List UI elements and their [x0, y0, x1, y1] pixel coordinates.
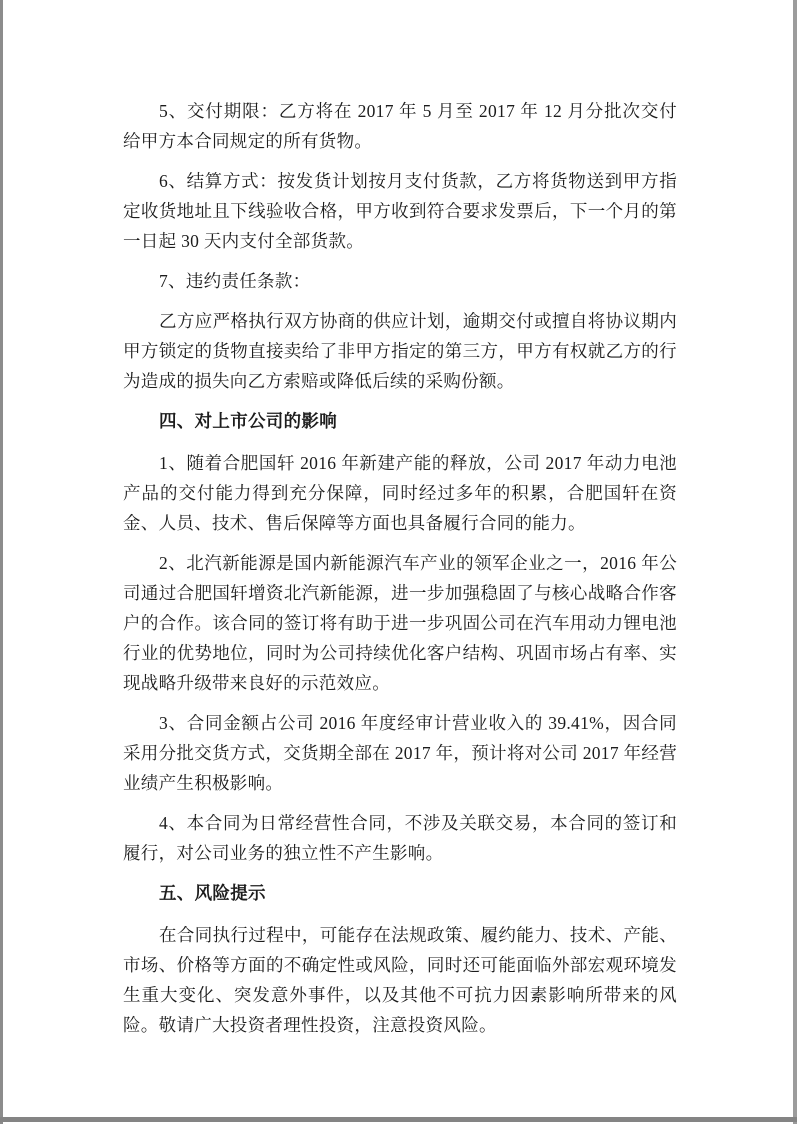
document-content: 5、交付期限：乙方将在 2017 年 5 月至 2017 年 12 月分批次交付… — [123, 96, 677, 1050]
section-heading-impact-on-listed-company: 四、对上市公司的影响 — [123, 406, 677, 436]
scan-edge-right — [793, 0, 797, 1124]
paragraph-clause-5-delivery-term: 5、交付期限：乙方将在 2017 年 5 月至 2017 年 12 月分批次交付… — [123, 96, 677, 156]
paragraph-clause-6-settlement: 6、结算方式：按发货计划按月支付货款，乙方将货物送到甲方指定收货地址且下线验收合… — [123, 166, 677, 256]
paragraph-risk-notice-body: 在合同执行过程中，可能存在法规政策、履约能力、技术、产能、市场、价格等方面的不确… — [123, 920, 677, 1040]
paragraph-impact-item-4: 4、本合同为日常经营性合同，不涉及关联交易，本合同的签订和履行，对公司业务的独立… — [123, 808, 677, 868]
paragraph-clause-7-breach-detail: 乙方应严格执行双方协商的供应计划，逾期交付或擅自将协议期内甲方锁定的货物直接卖给… — [123, 306, 677, 396]
paragraph-impact-item-1: 1、随着合肥国轩 2016 年新建产能的释放，公司 2017 年动力电池产品的交… — [123, 448, 677, 538]
document-page: 5、交付期限：乙方将在 2017 年 5 月至 2017 年 12 月分批次交付… — [0, 0, 797, 1124]
section-heading-risk-notice: 五、风险提示 — [123, 878, 677, 908]
paragraph-impact-item-3: 3、合同金额占公司 2016 年度经审计营业收入的 39.41%，因合同采用分批… — [123, 708, 677, 798]
paragraph-impact-item-2: 2、北汽新能源是国内新能源汽车产业的领军企业之一，2016 年公司通过合肥国轩增… — [123, 548, 677, 698]
scan-edge-bottom — [0, 1117, 797, 1122]
scan-edge-left — [0, 0, 3, 1124]
paragraph-clause-7-breach-title: 7、违约责任条款： — [123, 266, 677, 296]
